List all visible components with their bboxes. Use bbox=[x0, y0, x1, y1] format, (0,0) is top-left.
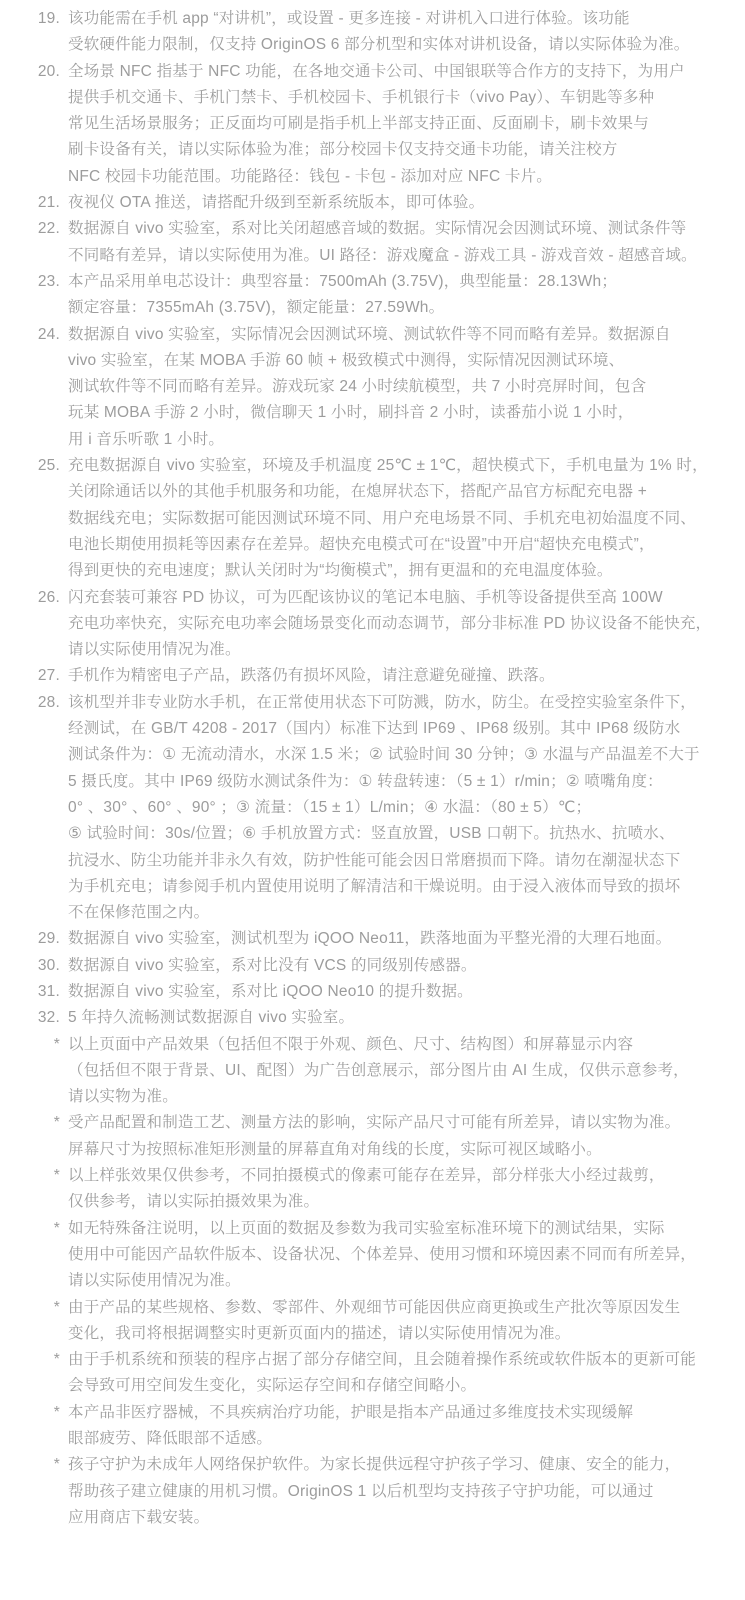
note-line: 请以实际使用情况为准。 bbox=[68, 1268, 745, 1294]
note-item: 28.该机型并非专业防水手机，在正常使用状态下可防溅，防水，防尘。在受控实验室条… bbox=[0, 690, 745, 927]
note-text: 受产品配置和制造工艺、测量方法的影响，实际产品尺寸可能有所差异，请以实物为准。屏… bbox=[68, 1110, 745, 1163]
note-number-marker: 22. bbox=[0, 216, 68, 242]
note-line: 变化，我司将根据调整实时更新页面内的描述，请以实际使用情况为准。 bbox=[68, 1321, 745, 1347]
note-number-marker: 29. bbox=[0, 926, 68, 952]
note-line: 5 年持久流畅测试数据源自 vivo 实验室。 bbox=[68, 1005, 745, 1031]
note-number-marker: 32. bbox=[0, 1005, 68, 1031]
notes-list: 19.该功能需在手机 app “对讲机”，或设置 - 更多连接 - 对讲机入口进… bbox=[0, 0, 745, 1531]
note-asterisk-marker: * bbox=[0, 1452, 68, 1478]
note-item: *由于手机系统和预装的程序占据了部分存储空间，且会随着操作系统或软件版本的更新可… bbox=[0, 1347, 745, 1400]
note-text: 由于手机系统和预装的程序占据了部分存储空间，且会随着操作系统或软件版本的更新可能… bbox=[68, 1347, 745, 1400]
note-line: 以上页面中产品效果（包括但不限于外观、颜色、尺寸、结构图）和屏幕显示内容 bbox=[68, 1032, 745, 1058]
note-item: 25.充电数据源自 vivo 实验室，环境及手机温度 25℃ ± 1℃，超快模式… bbox=[0, 453, 745, 584]
note-number-marker: 27. bbox=[0, 663, 68, 689]
note-line: 不在保修范围之内。 bbox=[68, 900, 745, 926]
note-line: 用 i 音乐听歌 1 小时。 bbox=[68, 427, 745, 453]
note-line: 玩某 MOBA 手游 2 小时，微信聊天 1 小时，刷抖音 2 小时，读番茄小说… bbox=[68, 400, 745, 426]
note-item: 24.数据源自 vivo 实验室，实际情况会因测试环境、测试软件等不同而略有差异… bbox=[0, 322, 745, 453]
note-number-marker: 21. bbox=[0, 190, 68, 216]
note-line: 抗浸水、防尘功能并非永久有效，防护性能可能会因日常磨损而下降。请勿在潮湿状态下 bbox=[68, 848, 745, 874]
note-text: 该功能需在手机 app “对讲机”，或设置 - 更多连接 - 对讲机入口进行体验… bbox=[68, 6, 745, 59]
disclaimer-page: 19.该功能需在手机 app “对讲机”，或设置 - 更多连接 - 对讲机入口进… bbox=[0, 0, 745, 1600]
note-line: 该功能需在手机 app “对讲机”，或设置 - 更多连接 - 对讲机入口进行体验… bbox=[68, 6, 745, 32]
note-line: 充电数据源自 vivo 实验室，环境及手机温度 25℃ ± 1℃，超快模式下，手… bbox=[68, 453, 745, 479]
note-item: 19.该功能需在手机 app “对讲机”，或设置 - 更多连接 - 对讲机入口进… bbox=[0, 6, 745, 59]
note-text: 以上样张效果仅供参考，不同拍摄模式的像素可能存在差异，部分样张大小经过裁剪，仅供… bbox=[68, 1163, 745, 1216]
note-text: 数据源自 vivo 实验室，测试机型为 iQOO Neo11，跌落地面为平整光滑… bbox=[68, 926, 745, 952]
note-line: 如无特殊备注说明，以上页面的数据及参数为我司实验室标准环境下的测试结果，实际 bbox=[68, 1216, 745, 1242]
note-line: 常见生活场景服务；正反面均可刷是指手机上半部支持正面、反面刷卡，刷卡效果与 bbox=[68, 111, 745, 137]
note-line: 得到更快的充电速度；默认关闭时为“均衡模式”，拥有更温和的充电温度体验。 bbox=[68, 558, 745, 584]
note-item: 32.5 年持久流畅测试数据源自 vivo 实验室。 bbox=[0, 1005, 745, 1031]
note-asterisk-marker: * bbox=[0, 1110, 68, 1136]
note-line: 额定容量：7355mAh (3.75V)，额定能量：27.59Wh。 bbox=[68, 295, 745, 321]
note-text: 本产品非医疗器械，不具疾病治疗功能，护眼是指本产品通过多维度技术实现缓解眼部疲劳… bbox=[68, 1400, 745, 1453]
note-text: 本产品采用单电芯设计：典型容量：7500mAh (3.75V)，典型能量：28.… bbox=[68, 269, 745, 322]
note-text: 手机作为精密电子产品，跌落仍有损坏风险，请注意避免碰撞、跌落。 bbox=[68, 663, 745, 689]
note-line: 以上样张效果仅供参考，不同拍摄模式的像素可能存在差异，部分样张大小经过裁剪， bbox=[68, 1163, 745, 1189]
note-item: *以上样张效果仅供参考，不同拍摄模式的像素可能存在差异，部分样张大小经过裁剪，仅… bbox=[0, 1163, 745, 1216]
note-number-marker: 19. bbox=[0, 6, 68, 32]
note-line: vivo 实验室，在某 MOBA 手游 60 帧 + 极致模式中测得，实际情况因… bbox=[68, 348, 745, 374]
note-line: 测试条件为：① 无流动清水，水深 1.5 米；② 试验时间 30 分钟；③ 水温… bbox=[68, 742, 745, 768]
note-line: 使用中可能因产品软件版本、设备状况、个体差异、使用习惯和环境因素不同而有所差异， bbox=[68, 1242, 745, 1268]
note-asterisk-marker: * bbox=[0, 1400, 68, 1426]
note-line: 电池长期使用损耗等因素存在差异。超快充电模式可在“设置”中开启“超快充电模式”， bbox=[68, 532, 745, 558]
note-line: 夜视仪 OTA 推送，请搭配升级到至新系统版本，即可体验。 bbox=[68, 190, 745, 216]
note-text: 孩子守护为未成年人网络保护软件。为家长提供远程守护孩子学习、健康、安全的能力，帮… bbox=[68, 1452, 745, 1531]
note-number-marker: 25. bbox=[0, 453, 68, 479]
note-line: 帮助孩子建立健康的用机习惯。OriginOS 1 以后机型均支持孩子守护功能，可… bbox=[68, 1479, 745, 1505]
note-item: *受产品配置和制造工艺、测量方法的影响，实际产品尺寸可能有所差异，请以实物为准。… bbox=[0, 1110, 745, 1163]
note-line: 本产品采用单电芯设计：典型容量：7500mAh (3.75V)，典型能量：28.… bbox=[68, 269, 745, 295]
note-line: 由于手机系统和预装的程序占据了部分存储空间，且会随着操作系统或软件版本的更新可能 bbox=[68, 1347, 745, 1373]
note-item: 27.手机作为精密电子产品，跌落仍有损坏风险，请注意避免碰撞、跌落。 bbox=[0, 663, 745, 689]
note-line: （包括但不限于背景、UI、配图）为广告创意展示，部分图片由 AI 生成，仅供示意… bbox=[68, 1058, 745, 1084]
note-line: 仅供参考，请以实际拍摄效果为准。 bbox=[68, 1189, 745, 1215]
note-asterisk-marker: * bbox=[0, 1032, 68, 1058]
note-text: 夜视仪 OTA 推送，请搭配升级到至新系统版本，即可体验。 bbox=[68, 190, 745, 216]
note-line: 屏幕尺寸为按照标准矩形测量的屏幕直角对角线的长度，实际可视区域略小。 bbox=[68, 1137, 745, 1163]
note-number-marker: 26. bbox=[0, 585, 68, 611]
note-text: 数据源自 vivo 实验室，系对比没有 VCS 的同级别传感器。 bbox=[68, 953, 745, 979]
note-line: 应用商店下载安装。 bbox=[68, 1505, 745, 1531]
note-line: 数据源自 vivo 实验室，实际情况会因测试环境、测试软件等不同而略有差异。数据… bbox=[68, 322, 745, 348]
note-line: 0° 、30° 、60° 、90° ；③ 流量：（15 ± 1）L/min；④ … bbox=[68, 795, 745, 821]
note-line: 手机作为精密电子产品，跌落仍有损坏风险，请注意避免碰撞、跌落。 bbox=[68, 663, 745, 689]
note-text: 数据源自 vivo 实验室，系对比关闭超感音域的数据。实际情况会因测试环境、测试… bbox=[68, 216, 745, 269]
note-line: 为手机充电；请参阅手机内置使用说明了解清洁和干燥说明。由于浸入液体而导致的损坏 bbox=[68, 874, 745, 900]
note-line: 提供手机交通卡、手机门禁卡、手机校园卡、手机银行卡（vivo Pay）、车钥匙等… bbox=[68, 85, 745, 111]
note-item: 31.数据源自 vivo 实验室，系对比 iQOO Neo10 的提升数据。 bbox=[0, 979, 745, 1005]
note-item: 22.数据源自 vivo 实验室，系对比关闭超感音域的数据。实际情况会因测试环境… bbox=[0, 216, 745, 269]
note-text: 如无特殊备注说明，以上页面的数据及参数为我司实验室标准环境下的测试结果，实际使用… bbox=[68, 1216, 745, 1295]
note-line: NFC 校园卡功能范围。功能路径：钱包 - 卡包 - 添加对应 NFC 卡片。 bbox=[68, 164, 745, 190]
note-line: 眼部疲劳、降低眼部不适感。 bbox=[68, 1426, 745, 1452]
note-number-marker: 31. bbox=[0, 979, 68, 1005]
note-line: 全场景 NFC 指基于 NFC 功能，在各地交通卡公司、中国银联等合作方的支持下… bbox=[68, 59, 745, 85]
note-text: 该机型并非专业防水手机，在正常使用状态下可防溅，防水，防尘。在受控实验室条件下，… bbox=[68, 690, 745, 927]
note-item: 21.夜视仪 OTA 推送，请搭配升级到至新系统版本，即可体验。 bbox=[0, 190, 745, 216]
note-line: 受产品配置和制造工艺、测量方法的影响，实际产品尺寸可能有所差异，请以实物为准。 bbox=[68, 1110, 745, 1136]
note-line: 数据源自 vivo 实验室，测试机型为 iQOO Neo11，跌落地面为平整光滑… bbox=[68, 926, 745, 952]
note-item: 20.全场景 NFC 指基于 NFC 功能，在各地交通卡公司、中国银联等合作方的… bbox=[0, 59, 745, 190]
note-text: 由于产品的某些规格、参数、零部件、外观细节可能因供应商更换或生产批次等原因发生变… bbox=[68, 1295, 745, 1348]
note-text: 5 年持久流畅测试数据源自 vivo 实验室。 bbox=[68, 1005, 745, 1031]
note-asterisk-marker: * bbox=[0, 1216, 68, 1242]
note-line: 关闭除通话以外的其他手机服务和功能，在熄屏状态下，搭配产品官方标配充电器 + bbox=[68, 479, 745, 505]
note-line: 数据线充电；实际数据可能因测试环境不同、用户充电场景不同、手机充电初始温度不同、 bbox=[68, 506, 745, 532]
note-asterisk-marker: * bbox=[0, 1347, 68, 1373]
note-asterisk-marker: * bbox=[0, 1163, 68, 1189]
note-line: 闪充套装可兼容 PD 协议，可为匹配该协议的笔记本电脑、手机等设备提供至高 10… bbox=[68, 585, 745, 611]
note-line: 不同略有差异，请以实际使用为准。UI 路径：游戏魔盒 - 游戏工具 - 游戏音效… bbox=[68, 243, 745, 269]
note-line: ⑤ 试验时间：30s/位置；⑥ 手机放置方式：竖直放置，USB 口朝下。抗热水、… bbox=[68, 821, 745, 847]
note-item: *以上页面中产品效果（包括但不限于外观、颜色、尺寸、结构图）和屏幕显示内容（包括… bbox=[0, 1032, 745, 1111]
note-line: 会导致可用空间发生变化，实际运存空间和存储空间略小。 bbox=[68, 1373, 745, 1399]
note-line: 由于产品的某些规格、参数、零部件、外观细节可能因供应商更换或生产批次等原因发生 bbox=[68, 1295, 745, 1321]
note-line: 孩子守护为未成年人网络保护软件。为家长提供远程守护孩子学习、健康、安全的能力， bbox=[68, 1452, 745, 1478]
note-item: 29.数据源自 vivo 实验室，测试机型为 iQOO Neo11，跌落地面为平… bbox=[0, 926, 745, 952]
note-line: 本产品非医疗器械，不具疾病治疗功能，护眼是指本产品通过多维度技术实现缓解 bbox=[68, 1400, 745, 1426]
note-line: 请以实际使用情况为准。 bbox=[68, 637, 745, 663]
note-line: 5 摄氏度。其中 IP69 级防水测试条件为：① 转盘转速：（5 ± 1）r/m… bbox=[68, 769, 745, 795]
note-line: 刷卡设备有关，请以实际体验为准；部分校园卡仅支持交通卡功能，请关注校方 bbox=[68, 137, 745, 163]
note-line: 该机型并非专业防水手机，在正常使用状态下可防溅，防水，防尘。在受控实验室条件下， bbox=[68, 690, 745, 716]
note-item: *孩子守护为未成年人网络保护软件。为家长提供远程守护孩子学习、健康、安全的能力，… bbox=[0, 1452, 745, 1531]
note-line: 数据源自 vivo 实验室，系对比 iQOO Neo10 的提升数据。 bbox=[68, 979, 745, 1005]
note-item: *如无特殊备注说明，以上页面的数据及参数为我司实验室标准环境下的测试结果，实际使… bbox=[0, 1216, 745, 1295]
note-item: *由于产品的某些规格、参数、零部件、外观细节可能因供应商更换或生产批次等原因发生… bbox=[0, 1295, 745, 1348]
note-number-marker: 30. bbox=[0, 953, 68, 979]
note-item: 23.本产品采用单电芯设计：典型容量：7500mAh (3.75V)，典型能量：… bbox=[0, 269, 745, 322]
note-item: 26.闪充套装可兼容 PD 协议，可为匹配该协议的笔记本电脑、手机等设备提供至高… bbox=[0, 585, 745, 664]
note-line: 受软硬件能力限制，仅支持 OriginOS 6 部分机型和实体对讲机设备，请以实… bbox=[68, 32, 745, 58]
note-text: 闪充套装可兼容 PD 协议，可为匹配该协议的笔记本电脑、手机等设备提供至高 10… bbox=[68, 585, 745, 664]
note-text: 以上页面中产品效果（包括但不限于外观、颜色、尺寸、结构图）和屏幕显示内容（包括但… bbox=[68, 1032, 745, 1111]
note-line: 测试软件等不同而略有差异。游戏玩家 24 小时续航模型，共 7 小时亮屏时间，包… bbox=[68, 374, 745, 400]
note-text: 充电数据源自 vivo 实验室，环境及手机温度 25℃ ± 1℃，超快模式下，手… bbox=[68, 453, 745, 584]
note-line: 数据源自 vivo 实验室，系对比关闭超感音域的数据。实际情况会因测试环境、测试… bbox=[68, 216, 745, 242]
note-line: 数据源自 vivo 实验室，系对比没有 VCS 的同级别传感器。 bbox=[68, 953, 745, 979]
note-text: 全场景 NFC 指基于 NFC 功能，在各地交通卡公司、中国银联等合作方的支持下… bbox=[68, 59, 745, 190]
note-asterisk-marker: * bbox=[0, 1295, 68, 1321]
note-number-marker: 28. bbox=[0, 690, 68, 716]
note-item: *本产品非医疗器械，不具疾病治疗功能，护眼是指本产品通过多维度技术实现缓解眼部疲… bbox=[0, 1400, 745, 1453]
note-text: 数据源自 vivo 实验室，实际情况会因测试环境、测试软件等不同而略有差异。数据… bbox=[68, 322, 745, 453]
note-number-marker: 24. bbox=[0, 322, 68, 348]
note-text: 数据源自 vivo 实验室，系对比 iQOO Neo10 的提升数据。 bbox=[68, 979, 745, 1005]
note-item: 30.数据源自 vivo 实验室，系对比没有 VCS 的同级别传感器。 bbox=[0, 953, 745, 979]
note-line: 请以实物为准。 bbox=[68, 1084, 745, 1110]
note-number-marker: 23. bbox=[0, 269, 68, 295]
note-number-marker: 20. bbox=[0, 59, 68, 85]
note-line: 经测试，在 GB/T 4208 - 2017（国内）标准下达到 IP69 、IP… bbox=[68, 716, 745, 742]
note-line: 充电功率快充，实际充电功率会随场景变化而动态调节，部分非标准 PD 协议设备不能… bbox=[68, 611, 745, 637]
